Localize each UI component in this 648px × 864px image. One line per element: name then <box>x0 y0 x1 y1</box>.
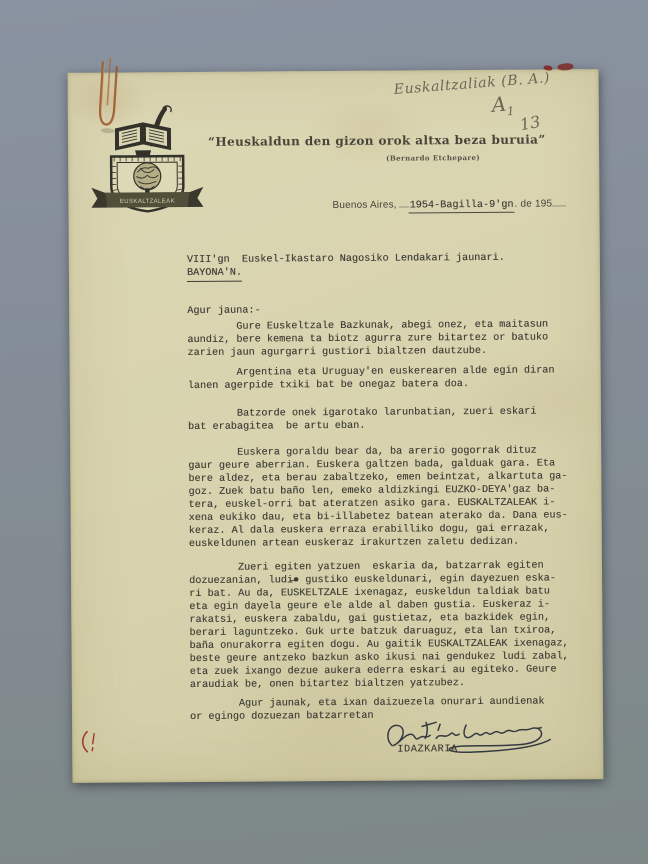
body-paragraph-3: Batzorde onek igarotako larunbatian, zue… <box>188 406 537 434</box>
open-book-icon <box>115 122 171 158</box>
pencil-archive-ref: A1 <box>491 91 516 120</box>
recipient-line1: VIII'gn Euskel-Ikastaro Nagosiko Lendaka… <box>187 252 505 267</box>
pencil-archive-note: Euskaltzaliak (B. A.) <box>393 70 550 98</box>
body-paragraph-5: Zueri egiten yatzuen eskaria da, batzarr… <box>189 559 569 692</box>
body-paragraph-4: Euskera goraldu bear da, ba arerio gogor… <box>188 444 568 551</box>
body-paragraph-1: Gure Euskeltzale Bazkunak, abegi onez, e… <box>187 319 548 361</box>
dotted-trailer <box>552 196 565 206</box>
letterhead-motto: “Heuskaldun den gizon orok altxa beza bu… <box>208 133 524 149</box>
red-ink-mark-bottom-left <box>77 727 101 757</box>
typed-date: 1954-Bagilla-9'gn <box>409 200 515 214</box>
recipient-line2: BAYONA'N. <box>187 267 242 282</box>
dateline-suffix: . de 195 <box>514 198 552 209</box>
dateline-city: Buenos Aires, <box>332 200 396 211</box>
pencil-archive-number: 13 <box>518 112 541 134</box>
emblem-banner-text: EUSKALTZALEAK <box>120 199 175 205</box>
salutation: Agur jauna:- <box>187 305 260 319</box>
dotted-leader <box>400 197 409 207</box>
euskaltzaleak-emblem: EUSKALTZALEAK <box>87 102 208 215</box>
signature-title: IDAZKARIA <box>397 744 457 755</box>
letter-paper: EUSKALTZALEAK Euskaltzaliak (B. A.) A1 1… <box>68 69 604 783</box>
ref-subscript: 1 <box>506 104 515 119</box>
recipient-block: VIII'gn Euskel-Ikastaro Nagosiko Lendaka… <box>187 252 505 282</box>
body-paragraph-2: Argentina eta Uruguay'en euskerearen ald… <box>188 364 555 393</box>
background-mat: EUSKALTZALEAK Euskaltzaliak (B. A.) A1 1… <box>0 0 648 864</box>
dateline: Buenos Aires, 1954-Bagilla-9'gn. de 195 <box>332 196 565 212</box>
motto-attribution: (Bernardo Etchepare) <box>386 153 480 163</box>
red-ink-mark-top-2 <box>557 63 573 71</box>
